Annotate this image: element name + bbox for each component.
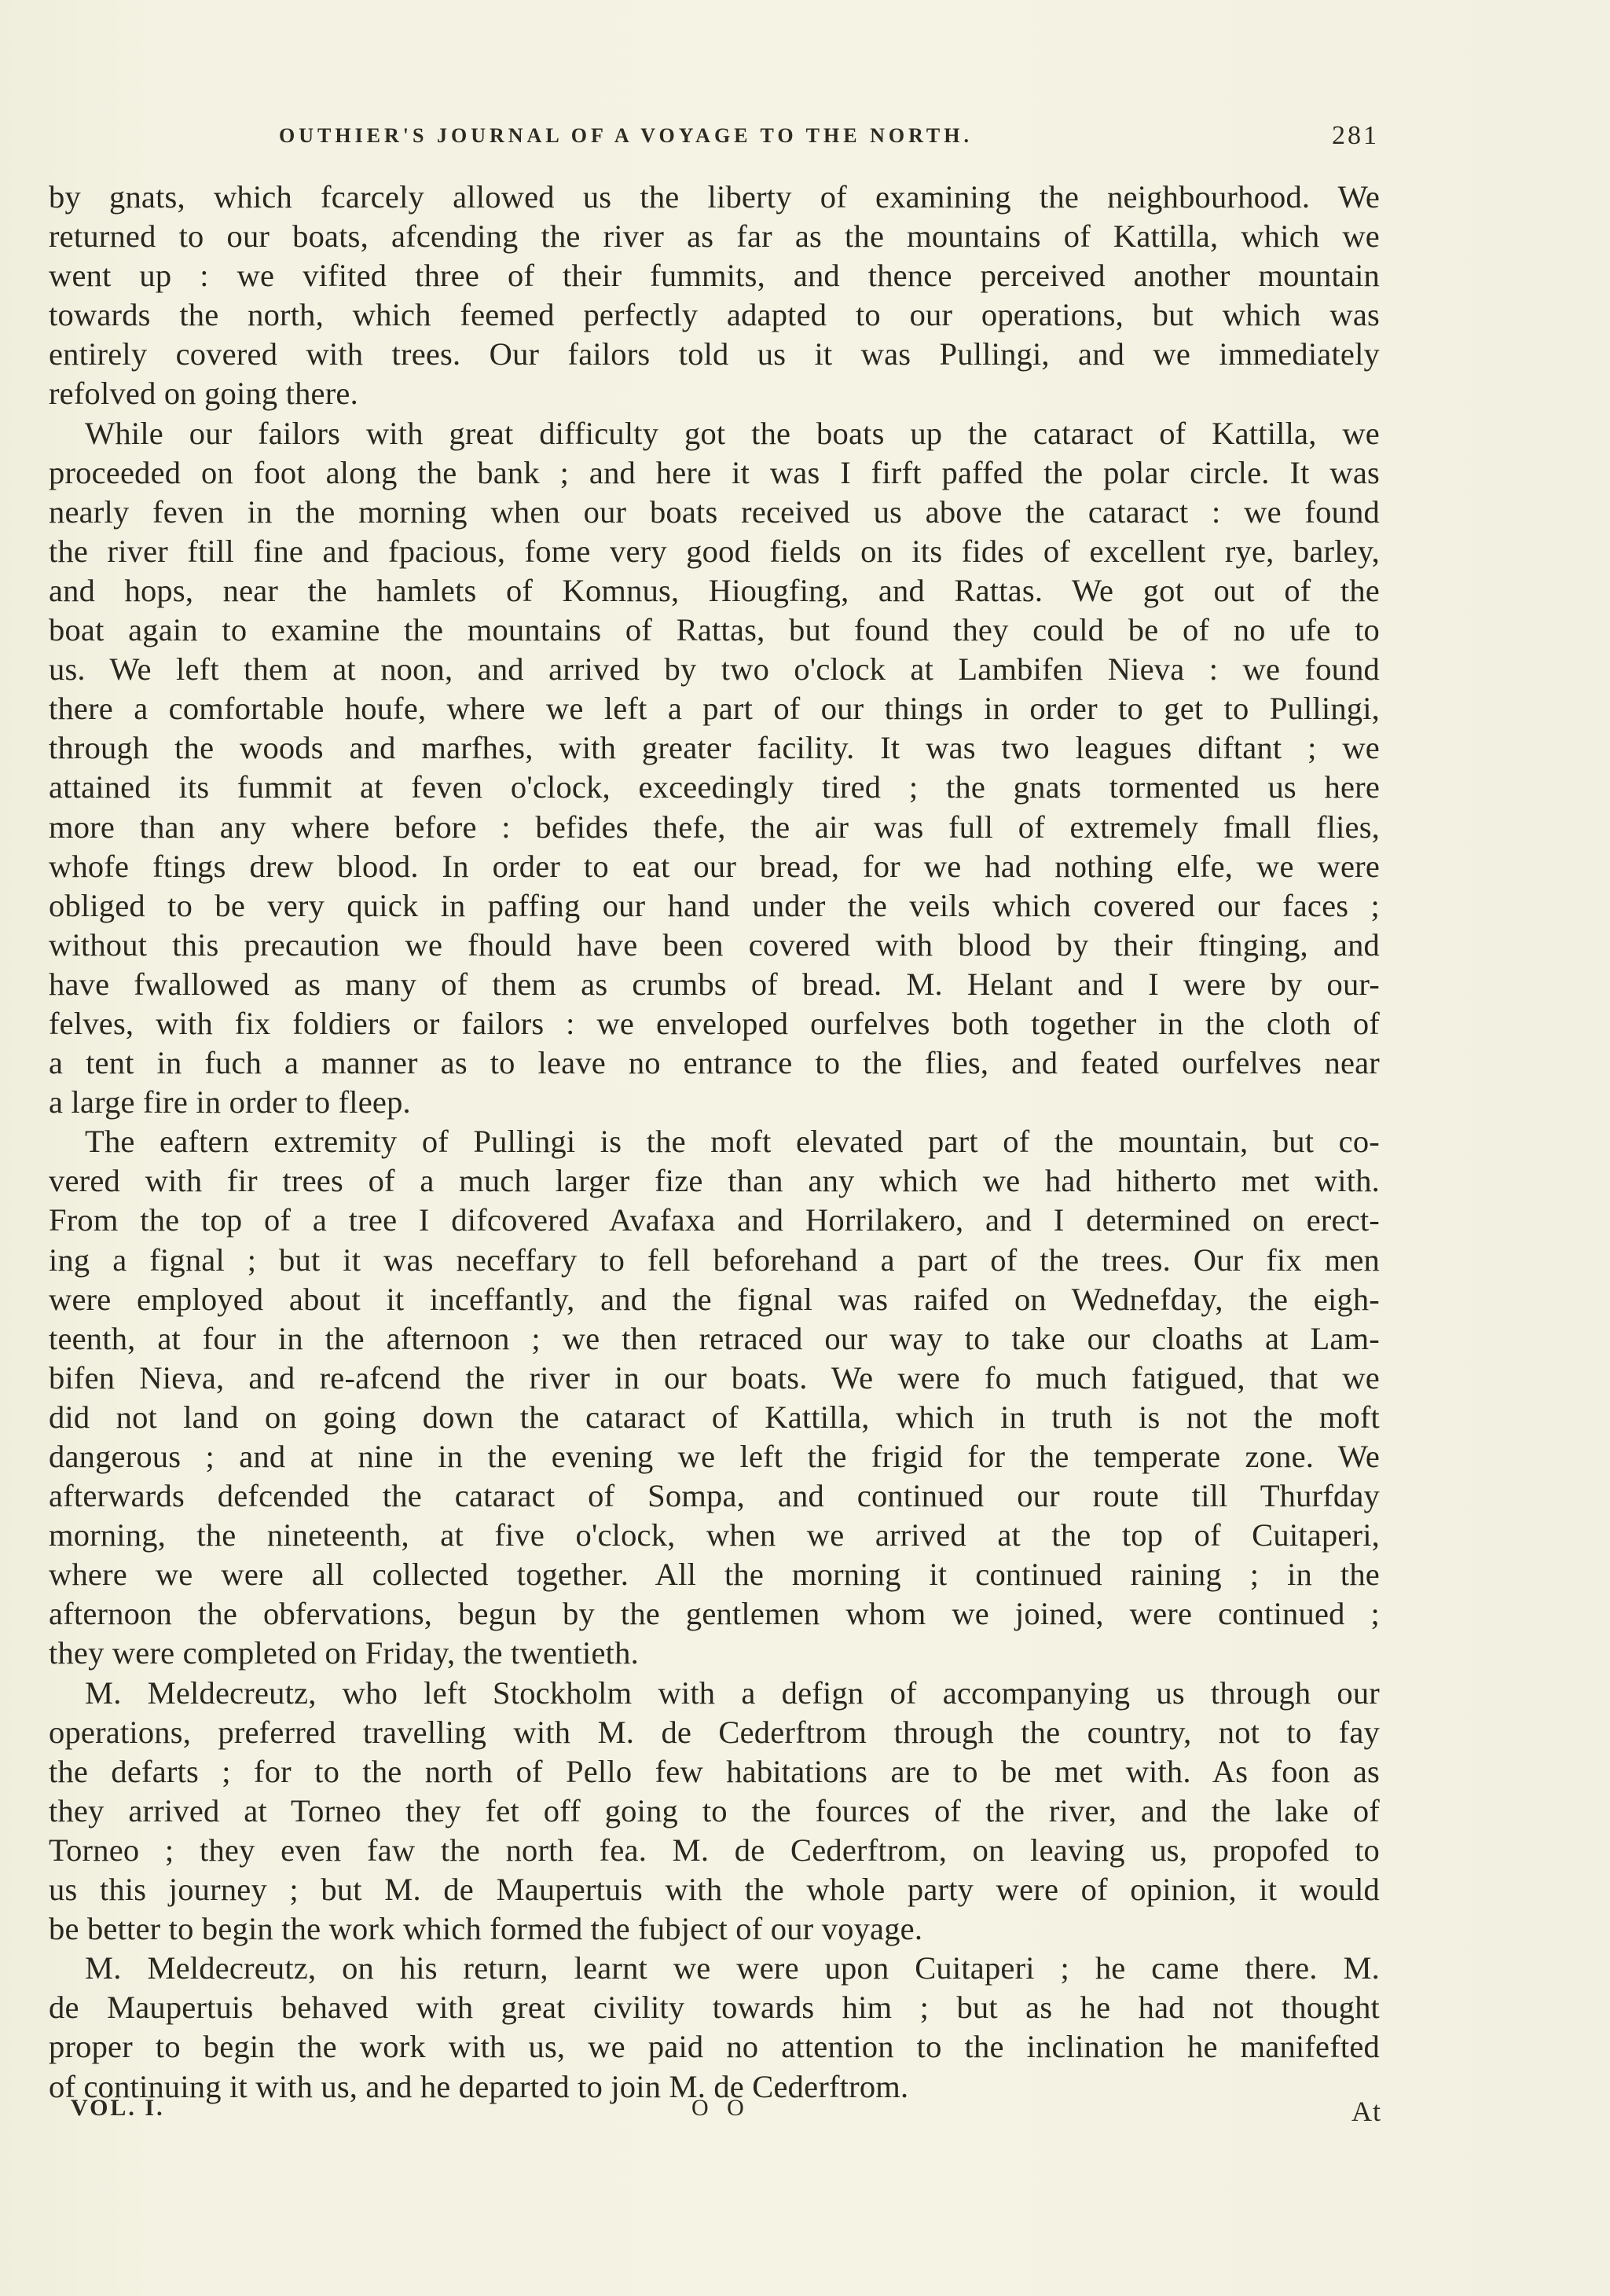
text-line: the river ftill fine and fpacious, fome … (49, 532, 1380, 571)
text-line: us. We left them at noon, and arrived by… (49, 650, 1380, 689)
text-line: entirely covered with trees. Our failors… (49, 335, 1380, 374)
text-line: proceeded on foot along the bank ; and h… (49, 453, 1380, 493)
text-line: more than any where before : befides the… (49, 808, 1380, 847)
text-line: returned to our boats, afcending the riv… (49, 217, 1380, 256)
text-line: ing a fignal ; but it was neceffary to f… (49, 1241, 1380, 1280)
signature-mark: O O (691, 2095, 750, 2122)
text-line: M. Meldecreutz, on his return, learnt we… (49, 1949, 1380, 1988)
text-line: a tent in fuch a manner as to leave no e… (49, 1043, 1380, 1083)
text-line: and hops, near the hamlets of Komnus, Hi… (49, 571, 1380, 611)
paragraph: The eaftern extremity of Pullingi is the… (49, 1122, 1380, 1673)
text-line: Torneo ; they even faw the north fea. M.… (49, 1831, 1380, 1870)
text-line: the defarts ; for to the north of Pello … (49, 1752, 1380, 1792)
text-line: they were completed on Friday, the twent… (49, 1634, 1380, 1673)
text-line: a large fire in order to fleep. (49, 1083, 1380, 1122)
catchword: At (1351, 2095, 1381, 2128)
text-line: boat again to examine the mountains of R… (49, 611, 1380, 650)
text-line: afterwards defcended the cataract of Som… (49, 1476, 1380, 1516)
paragraph: by gnats, which fcarcely allowed us the … (49, 178, 1380, 414)
text-line: by gnats, which fcarcely allowed us the … (49, 178, 1380, 217)
text-line: teenth, at four in the afternoon ; we th… (49, 1319, 1380, 1359)
paragraph: M. Meldecreutz, who left Stockholm with … (49, 1674, 1380, 1949)
paragraph: While our failors with great difficulty … (49, 414, 1380, 1123)
text-line: operations, preferred travelling with M.… (49, 1713, 1380, 1752)
text-line: attained its fummit at feven o'clock, ex… (49, 768, 1380, 807)
text-line: us this journey ; but M. de Maupertuis w… (49, 1870, 1380, 1909)
text-line: whofe ftings drew blood. In order to eat… (49, 847, 1380, 886)
text-line: where we were all collected together. Al… (49, 1555, 1380, 1594)
text-line: From the top of a tree I difcovered Avaf… (49, 1201, 1380, 1240)
body-text: by gnats, which fcarcely allowed us the … (49, 178, 1380, 2107)
text-line: there a comfortable houfe, where we left… (49, 689, 1380, 728)
text-line: morning, the nineteenth, at five o'clock… (49, 1516, 1380, 1555)
text-line: nearly feven in the morning when our boa… (49, 493, 1380, 532)
text-line: have fwallowed as many of them as crumbs… (49, 965, 1380, 1004)
book-page: Outhier's Journal of a Voyage to the Nor… (0, 0, 1610, 2296)
text-line: bifen Nieva, and re-afcend the river in … (49, 1359, 1380, 1398)
running-head-title: Outhier's Journal of a Voyage to the Nor… (279, 124, 973, 148)
page-number: 281 (1332, 121, 1379, 151)
text-line: obliged to be very quick in paffing our … (49, 886, 1380, 926)
text-line: be better to begin the work which formed… (49, 1909, 1380, 1949)
text-line: de Maupertuis behaved with great civilit… (49, 1988, 1380, 2027)
text-line: dangerous ; and at nine in the evening w… (49, 1437, 1380, 1476)
text-line: did not land on going down the cataract … (49, 1398, 1380, 1437)
paragraph: M. Meldecreutz, on his return, learnt we… (49, 1949, 1380, 2106)
text-line: The eaftern extremity of Pullingi is the… (49, 1122, 1380, 1161)
text-line: felves, with fix foldiers or failors : w… (49, 1004, 1380, 1043)
running-head: Outhier's Journal of a Voyage to the Nor… (279, 124, 1379, 163)
volume-label: VOL. I. (71, 2095, 165, 2122)
text-line: vered with fir trees of a much larger fi… (49, 1161, 1380, 1201)
text-line: went up : we vifited three of their fumm… (49, 256, 1380, 295)
text-line: they arrived at Torneo they fet off goin… (49, 1792, 1380, 1831)
text-line: refolved on going there. (49, 374, 1380, 413)
page-footer: VOL. I. O O At (71, 2095, 1381, 2134)
text-line: towards the north, which feemed perfectl… (49, 295, 1380, 335)
text-line: M. Meldecreutz, who left Stockholm with … (49, 1674, 1380, 1713)
text-line: through the woods and marfhes, with grea… (49, 728, 1380, 768)
text-line: were employed about it inceffantly, and … (49, 1280, 1380, 1319)
text-line: proper to begin the work with us, we pai… (49, 2027, 1380, 2067)
text-line: While our failors with great difficulty … (49, 414, 1380, 453)
text-line: without this precaution we fhould have b… (49, 926, 1380, 965)
text-line: afternoon the obfervations, begun by the… (49, 1594, 1380, 1634)
